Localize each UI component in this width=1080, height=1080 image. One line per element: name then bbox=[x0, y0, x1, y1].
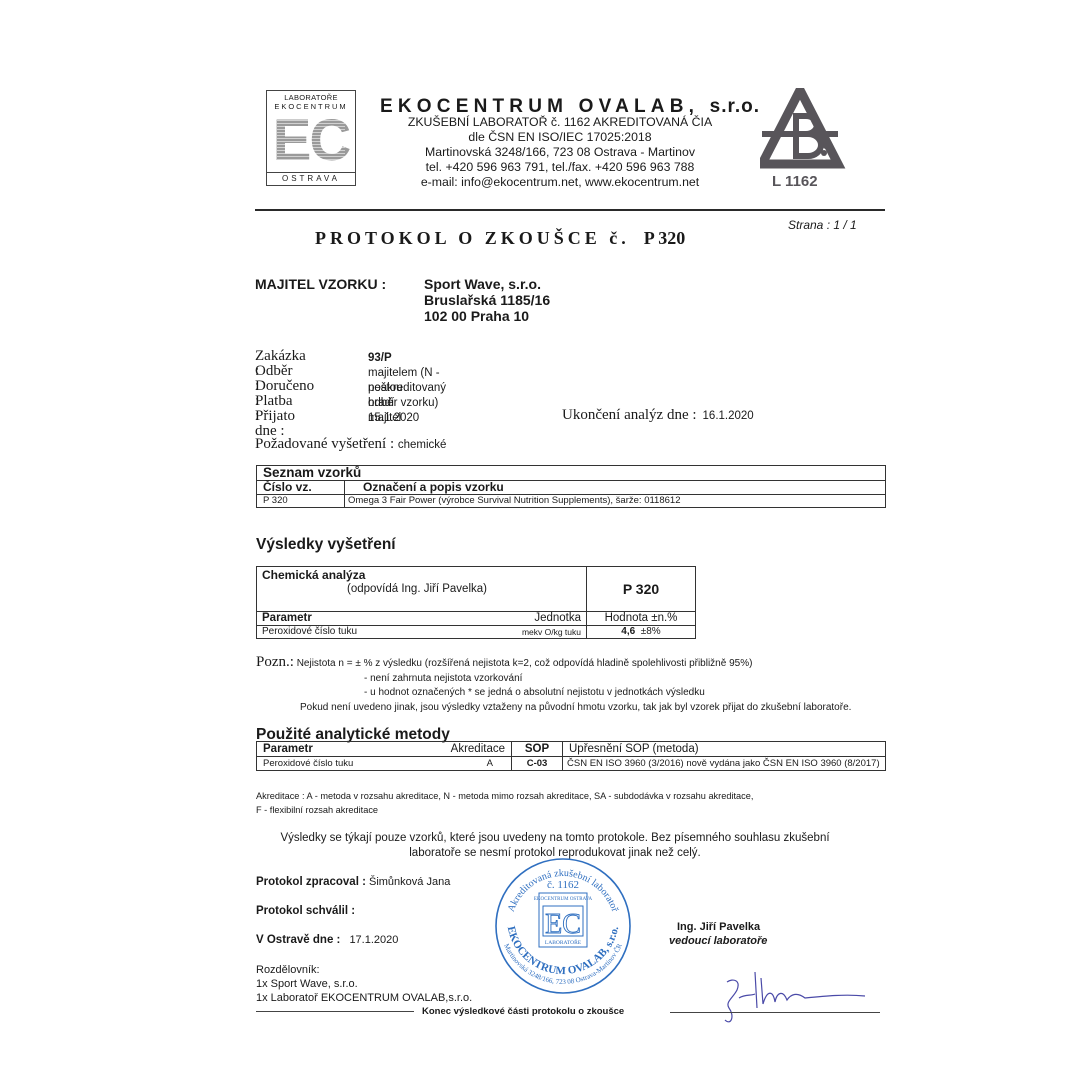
disclaimer-line: Výsledky se týkají pouze vzorků, které j… bbox=[255, 831, 855, 846]
note-line: - u hodnot označených * se jedná o absol… bbox=[256, 686, 851, 701]
place-date-value: 17.1.2020 bbox=[349, 934, 398, 946]
analysis-end: Ukončení analýz dne :16.1.2020 bbox=[562, 407, 754, 424]
page-indicator: Strana : 1 / 1 bbox=[788, 218, 857, 232]
stamp-inner-top: EKOCENTRUM OSTRAVA bbox=[534, 897, 593, 902]
legend-line: Akreditace : A - metoda v rozsahu akredi… bbox=[256, 789, 753, 803]
owner-street: Bruslařská 1185/16 bbox=[424, 292, 550, 308]
end-text: Konec výsledkové části protokolu o zkouš… bbox=[422, 1006, 624, 1017]
company-suffix: s.r.o. bbox=[710, 96, 760, 117]
page-value: 1 / 1 bbox=[833, 218, 856, 232]
result-param: Peroxidové číslo tuku bbox=[257, 626, 517, 639]
results-section: Chemická analýza bbox=[262, 567, 581, 582]
company-address: Martinovská 3248/166, 723 08 Ostrava - M… bbox=[395, 145, 725, 160]
logo-line-1: LABORATOŘE bbox=[267, 93, 355, 102]
distribution-item: 1x Sport Wave, s.r.o. bbox=[256, 977, 472, 991]
col-value: Hodnota ±n.% bbox=[587, 612, 696, 626]
results-responsible: (odpovídá Ing. Jiří Pavelka) bbox=[262, 582, 581, 595]
place-date-label: V Ostravě dne : bbox=[256, 934, 340, 946]
info-label: Přijato dne : bbox=[255, 409, 295, 439]
method-sop: C-03 bbox=[512, 757, 563, 771]
result-value-cell: 4,6 ±8% bbox=[587, 626, 696, 639]
owner-address: Sport Wave, s.r.o. Bruslařská 1185/16 10… bbox=[424, 276, 550, 324]
note-line: Pokud není uvedeno jinak, jsou výsledky … bbox=[256, 701, 851, 716]
method-param: Peroxidové číslo tuku bbox=[257, 757, 440, 771]
result-value: 4,6 bbox=[621, 626, 635, 637]
analysis-end-label: Ukončení analýz dne : bbox=[562, 407, 697, 423]
distribution: Rozdělovník: 1x Sport Wave, s.r.o. 1x La… bbox=[256, 963, 472, 1005]
col-param: Parametr bbox=[257, 612, 517, 626]
methods-table: Parametr Akreditace SOP Upřesnění SOP (m… bbox=[256, 741, 886, 771]
company-email: e-mail: info@ekocentrum.net, www.ekocent… bbox=[395, 175, 725, 190]
stamp-number: č. 1162 bbox=[547, 879, 579, 891]
owner-label: MAJITEL VZORKU : bbox=[255, 276, 386, 292]
notes-prefix: Pozn.: bbox=[256, 654, 294, 670]
col-sop-detail: Upřesnění SOP (metoda) bbox=[563, 742, 886, 757]
col-sample-no: Číslo vz. bbox=[257, 481, 345, 495]
accreditation-logo-icon: L 1162 bbox=[760, 88, 860, 188]
results-section-cell: Chemická analýza (odpovídá Ing. Jiří Pav… bbox=[257, 567, 587, 612]
col-sample-desc: Označení a popis vzorku bbox=[345, 481, 886, 495]
signature-scribble-icon bbox=[715, 968, 875, 1028]
col-method-param: Parametr bbox=[257, 742, 440, 757]
end-divider bbox=[256, 1011, 414, 1012]
table-row: Peroxidové číslo tuku A C-03 ČSN EN ISO … bbox=[257, 757, 886, 771]
note-line: Nejistota n = ± % z výsledku (rozšířená … bbox=[297, 658, 753, 669]
owner-city: 102 00 Praha 10 bbox=[424, 308, 550, 324]
col-accreditation: Akreditace bbox=[439, 742, 512, 757]
lab-logo: LABORATOŘE EKOCENTRUM EC OSTRAVA bbox=[266, 90, 356, 186]
lab-head: Ing. Jiří Pavelka vedoucí laboratoře bbox=[677, 920, 767, 948]
company-name-text: EKOCENTRUM OVALAB, bbox=[380, 96, 699, 117]
stamp-ec-mark: EC bbox=[545, 909, 581, 940]
approved-label: Protokol schválil : bbox=[256, 905, 355, 917]
sample-no: P 320 bbox=[257, 495, 345, 508]
protocol-number: P 320 bbox=[644, 228, 686, 248]
requested-value: chemické bbox=[398, 439, 447, 451]
samples-table: Seznam vzorků Číslo vz. Označení a popis… bbox=[256, 465, 886, 508]
samples-caption: Seznam vzorků bbox=[257, 466, 886, 481]
table-row: P 320 Omega 3 Fair Power (výrobce Surviv… bbox=[257, 495, 886, 508]
distribution-item: 1x Laboratoř EKOCENTRUM OVALAB,s.r.o. bbox=[256, 991, 472, 1005]
head-name: Ing. Jiří Pavelka bbox=[677, 920, 767, 934]
info-value: 15.1.2020 bbox=[368, 411, 419, 426]
stamp-inner-bottom: LABORATOŘE bbox=[545, 938, 582, 946]
analysis-end-value: 16.1.2020 bbox=[703, 410, 754, 422]
result-unit: mekv O/kg tuku bbox=[516, 626, 587, 639]
document-title: PROTOKOL O ZKOUŠCE č.P 320 bbox=[315, 228, 685, 249]
processed-value: Šimůnková Jana bbox=[369, 876, 450, 888]
accreditation-number: L 1162 bbox=[772, 173, 818, 188]
col-unit: Jednotka bbox=[516, 612, 587, 626]
requested-exam: Požadované vyšetření : chemické bbox=[255, 436, 446, 453]
result-uncertainty: ±8% bbox=[641, 626, 661, 637]
col-sop: SOP bbox=[512, 742, 563, 757]
info-value: 93/P bbox=[368, 351, 392, 366]
table-row: Peroxidové číslo tuku mekv O/kg tuku 4,6… bbox=[257, 626, 696, 639]
company-accreditation: ZKUŠEBNÍ LABORATOŘ č. 1162 AKREDITOVANÁ … bbox=[395, 115, 725, 130]
company-details: ZKUŠEBNÍ LABORATOŘ č. 1162 AKREDITOVANÁ … bbox=[395, 115, 725, 190]
note-line: - není zahrnuta nejistota vzorkování bbox=[256, 672, 851, 687]
requested-label: Požadované vyšetření : bbox=[255, 436, 394, 452]
lab-stamp-icon: Akreditovaná zkušební laboratoř č. 1162 … bbox=[493, 856, 633, 996]
notes: Pozn.: Nejistota n = ± % z výsledku (roz… bbox=[256, 655, 851, 715]
distribution-label: Rozdělovník: bbox=[256, 963, 472, 977]
company-phone: tel. +420 596 963 791, tel./fax. +420 59… bbox=[395, 160, 725, 175]
method-accreditation: A bbox=[439, 757, 512, 771]
place-date: V Ostravě dne : 17.1.2020 bbox=[256, 934, 398, 946]
results-table: Chemická analýza (odpovídá Ing. Jiří Pav… bbox=[256, 566, 696, 639]
logo-stripes bbox=[277, 117, 345, 165]
page-label: Strana : bbox=[788, 218, 830, 232]
head-title: vedoucí laboratoře bbox=[669, 934, 767, 948]
legend-line: F - flexibilní rozsah akreditace bbox=[256, 803, 753, 817]
logo-bottom: OSTRAVA bbox=[267, 172, 355, 185]
results-heading: Výsledky vyšetření bbox=[256, 536, 396, 554]
header-divider bbox=[255, 209, 885, 211]
approved-by: Protokol schválil : bbox=[256, 905, 355, 917]
processed-by: Protokol zpracoval : Šimůnková Jana bbox=[256, 876, 450, 888]
results-sample-id: P 320 bbox=[587, 567, 696, 612]
info-value: poštou bbox=[368, 381, 403, 396]
company-standard: dle ČSN EN ISO/IEC 17025:2018 bbox=[395, 130, 725, 145]
owner-name: Sport Wave, s.r.o. bbox=[424, 276, 550, 292]
method-detail: ČSN EN ISO 3960 (3/2016) nově vydána jak… bbox=[563, 757, 886, 771]
accreditation-legend: Akreditace : A - metoda v rozsahu akredi… bbox=[256, 789, 753, 817]
signature-line bbox=[670, 1012, 880, 1013]
title-text: PROTOKOL O ZKOUŠCE č. bbox=[315, 228, 630, 248]
processed-label: Protokol zpracoval : bbox=[256, 876, 366, 888]
sample-desc: Omega 3 Fair Power (výrobce Survival Nut… bbox=[345, 495, 886, 508]
